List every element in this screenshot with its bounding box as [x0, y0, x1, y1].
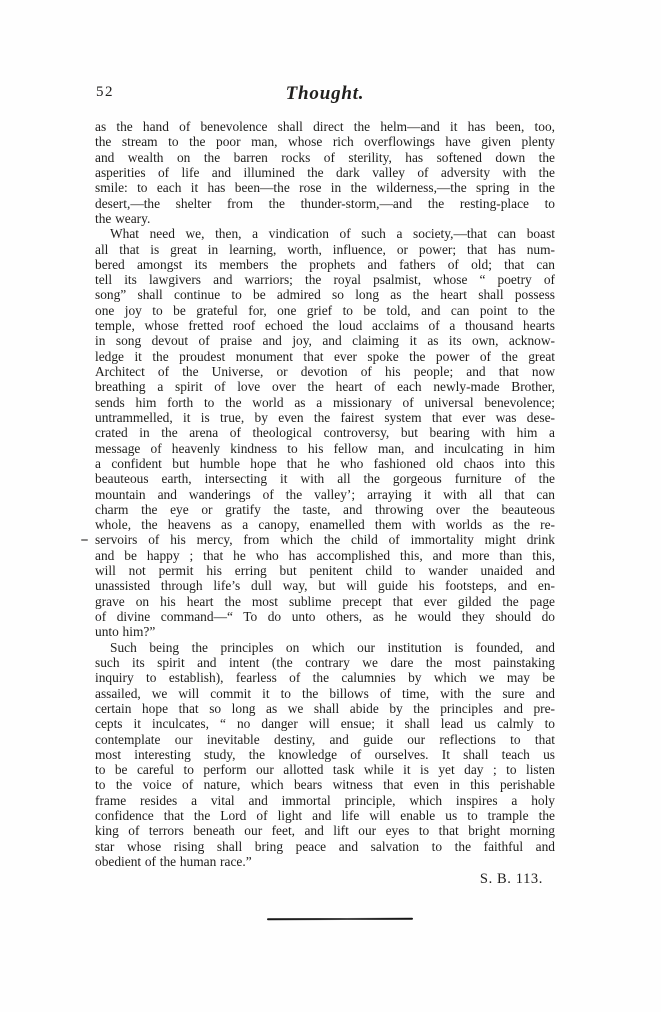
- text-line: untrammelled, it is true, by even the fa…: [95, 410, 555, 425]
- text-line: mountain and wanderings of the valley’; …: [95, 487, 555, 502]
- text-line: unto him?”: [95, 624, 555, 639]
- text-line: to the voice of nature, which bears witn…: [95, 777, 555, 792]
- text-line: sends him forth to the world as a missio…: [95, 395, 555, 410]
- running-title: Thought.: [95, 83, 555, 105]
- text-line: smile: to each it has been—the rose in t…: [95, 180, 555, 195]
- footer-rule: [267, 918, 413, 921]
- text-line: What need we, then, a vindication of suc…: [95, 226, 555, 241]
- signature-reference: S. B. 113.: [95, 871, 543, 888]
- text-line: grave on his heart the most sublime prec…: [95, 594, 555, 609]
- text-line: certain hope that so long as we shall ab…: [95, 701, 555, 716]
- text-line: in song devout of praise and joy, and cl…: [95, 333, 555, 348]
- text-line: frame resides a vital and immortal princ…: [95, 793, 555, 808]
- text-line: crated in the arena of theological contr…: [95, 425, 555, 440]
- text-line: and wealth on the barren rocks of steril…: [95, 150, 555, 165]
- body-text: as the hand of benevolence shall direct …: [95, 119, 555, 869]
- text-line: whole, the heavens as a canopy, enamelle…: [95, 517, 555, 532]
- text-line: song” shall continue to be admired so lo…: [95, 287, 555, 302]
- text-line: unassisted through life’s dull way, but …: [95, 578, 555, 593]
- text-line: breathing a spirit of love over the hear…: [95, 379, 555, 394]
- text-line: one joy to be grateful for, one grief to…: [95, 303, 555, 318]
- text-line: the weary.: [95, 211, 555, 226]
- text-line: obedient of the human race.”: [95, 854, 555, 869]
- text-line: to be careful to perform our allotted ta…: [95, 762, 555, 777]
- text-line: king of terrors beneath our feet, and li…: [95, 823, 555, 838]
- text-line: message of heavenly kindness to his fell…: [95, 441, 555, 456]
- text-line: tell its lawgivers and warriors; the roy…: [95, 272, 555, 287]
- text-line: bered amongst its members the prophets a…: [95, 257, 555, 272]
- text-line: servoirs of his mercy, from which the ch…: [95, 532, 555, 547]
- text-line: confidence that the Lord of light and li…: [95, 808, 555, 823]
- scan-artifact: [81, 539, 88, 541]
- text-line: Such being the principles on which our i…: [95, 640, 555, 655]
- text-line: assailed, we will commit it to the billo…: [95, 686, 555, 701]
- text-line: desert,—the shelter from the thunder-sto…: [95, 196, 555, 211]
- text-line: such its spirit and intent (the contrary…: [95, 655, 555, 670]
- text-line: star whose rising shall bring peace and …: [95, 839, 555, 854]
- text-line: beauteous earth, intersecting it with al…: [95, 471, 555, 486]
- text-line: asperities of life and illumined the dar…: [95, 165, 555, 180]
- text-line: most interesting study, the knowledge of…: [95, 747, 555, 762]
- text-line: cepts it inculcates, “ no danger will en…: [95, 716, 555, 731]
- text-line: as the hand of benevolence shall direct …: [95, 119, 555, 134]
- book-page: 52 Thought. as the hand of benevolence s…: [0, 0, 661, 1012]
- text-line: a confident but humble hope that he who …: [95, 456, 555, 471]
- text-line: of divine command—“ To do unto others, a…: [95, 609, 555, 624]
- text-line: and be happy ; that he who has accomplis…: [95, 548, 555, 563]
- text-line: charm the eye or gratify the taste, and …: [95, 502, 555, 517]
- text-line: Architect of the Universe, or devotion o…: [95, 364, 555, 379]
- text-line: ledge it the proudest monument that ever…: [95, 349, 555, 364]
- text-line: all that is great in learning, worth, in…: [95, 242, 555, 257]
- text-line: temple, whose fretted roof echoed the lo…: [95, 318, 555, 333]
- text-line: inquiry to establish), fearless of the c…: [95, 670, 555, 685]
- text-line: will not permit his erring but penitent …: [95, 563, 555, 578]
- page-header: 52 Thought.: [95, 83, 555, 109]
- text-line: contemplate our inevitable destiny, and …: [95, 732, 555, 747]
- text-line: the stream to the poor man, whose rich o…: [95, 134, 555, 149]
